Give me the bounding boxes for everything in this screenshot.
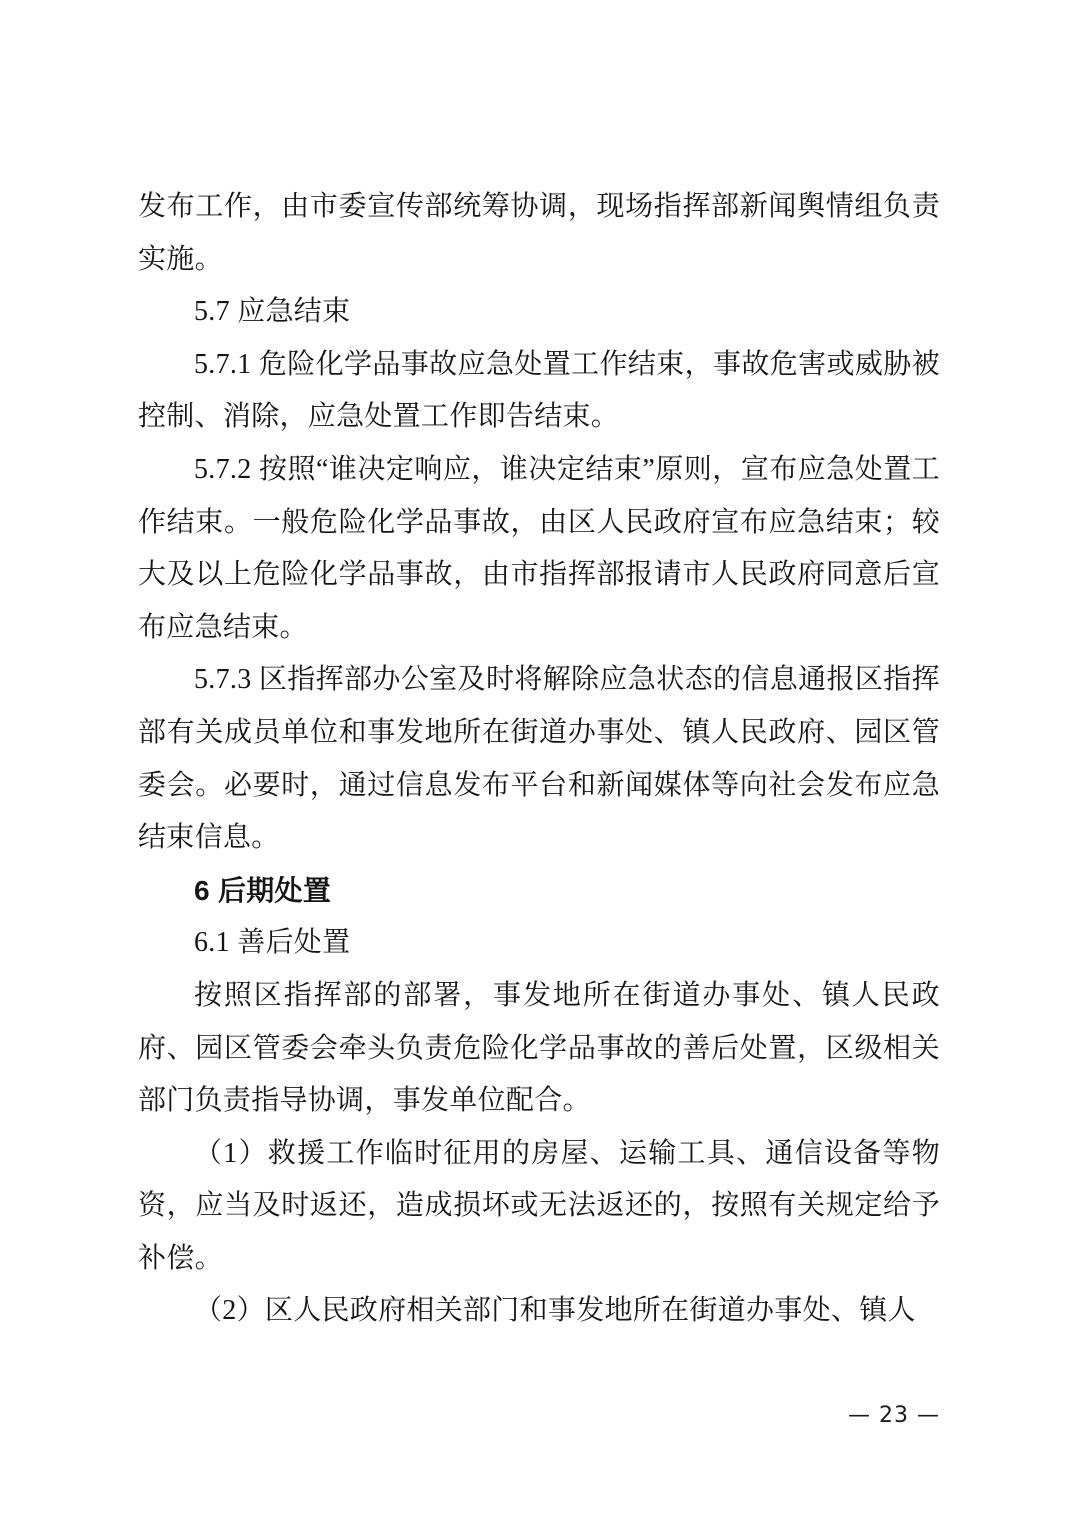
section-heading-6-1: 6.1 善后处置 bbox=[138, 917, 940, 970]
page-number: — 23 — bbox=[848, 1402, 940, 1430]
section-heading-5-7: 5.7 应急结束 bbox=[138, 286, 940, 339]
paragraph-5-7-3: 5.7.3 区指挥部办公室及时将解除应急状态的信息通报区指挥部有关成员单位和事发… bbox=[138, 654, 940, 864]
document-page: 发布工作，由市委宣传部统筹协调，现场指挥部新闻舆情组负责实施。 5.7 应急结束… bbox=[0, 0, 1074, 1520]
paragraph-item-1: （1）救援工作临时征用的房屋、运输工具、通信设备等物资，应当及时返还，造成损坏或… bbox=[138, 1128, 940, 1286]
paragraph-5-7-2: 5.7.2 按照“谁决定响应，谁决定结束”原则，宣布应急处置工作结束。一般危险化… bbox=[138, 444, 940, 654]
paragraph-5-7-1: 5.7.1 危险化学品事故应急处置工作结束，事故危害或威胁被控制、消除，应急处置… bbox=[138, 339, 940, 444]
paragraph-aftermath-overview: 按照区指挥部的部署，事发地所在街道办事处、镇人民政府、园区管委会牵头负责危险化学… bbox=[138, 970, 940, 1128]
paragraph-item-2: （2）区人民政府相关部门和事发地所在街道办事处、镇人 bbox=[138, 1285, 940, 1338]
document-body: 发布工作，由市委宣传部统筹协调，现场指挥部新闻舆情组负责实施。 5.7 应急结束… bbox=[138, 181, 940, 1338]
paragraph-continuation: 发布工作，由市委宣传部统筹协调，现场指挥部新闻舆情组负责实施。 bbox=[138, 181, 940, 286]
chapter-heading-6: 6 后期处置 bbox=[138, 865, 940, 918]
